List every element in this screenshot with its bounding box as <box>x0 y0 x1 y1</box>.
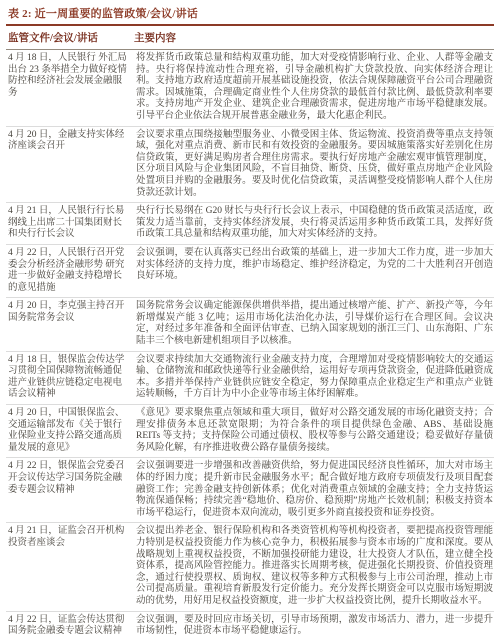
doc-cell: 4 月 22 日，人民银行召开党委会分析经济金融形势 研究进一步做好金融支持稳增… <box>8 248 136 294</box>
content-cell: 央行行长易纲在 G20 财长与央行行长会议上表示，中国稳健的货币政策灵活适度，政… <box>136 206 494 241</box>
content-cell: 国务院常务会议确定能源保供增供举措，提出通过核增产能、扩产、新投产等，今年新增煤… <box>136 301 494 347</box>
doc-cell: 4 月 20 日，金融支持实体经济座谈会召开 <box>8 130 136 200</box>
content-cell: 会议强调，要在认真落实已经出台政策的基础上，进一步加大工作力度，进一步加大对实体… <box>136 248 494 294</box>
table-row: 4 月 22 日，证监会传达贯彻国务院金融委专题会议精神 会议强调，要及时回应市… <box>6 612 494 636</box>
table-row: 4 月 22 日，人民银行召开党委会分析经济金融形势 研究进一步做好金融支持稳增… <box>6 245 494 298</box>
content-cell: 会议要求持续加大交通物流行业金融支持力度，合理增加对受疫情影响较大的交通运输、仓… <box>136 355 494 401</box>
table-row: 4 月 21 日，人民银行行长易纲线上出席二十国集团财长和央行行长会议 央行行长… <box>6 203 494 245</box>
content-cell: 《意见》要求聚焦重点领域和重大项目，做好对公路交通发展的市场化融资支持；合理安排… <box>136 408 494 454</box>
content-cell: 会议强调，要及时回应市场关切，引导市场预期，激发市场活力、潜力，进一步提升市场韧… <box>136 615 494 636</box>
doc-cell: 4 月 20 日，李克强主持召开国务院常务会议 <box>8 301 136 347</box>
table-row: 4 月 20 日，李克强主持召开国务院常务会议 国务院常务会议确定能源保供增供举… <box>6 298 494 351</box>
table-row: 4 月 20 日，金融支持实体经济座谈会召开 会议要求重点围绕接触型服务业、小微… <box>6 127 494 204</box>
report-table-page: 表 2: 近一周重要的监管政策/会议/讲话 监管文件/会议/讲话 主要内容 4 … <box>0 0 500 636</box>
table-header-row: 监管文件/会议/讲话 主要内容 <box>6 26 494 50</box>
doc-cell: 4 月 22 日，银保监会党委召开会议传达学习国务院金融委专题会议精神 <box>8 461 136 519</box>
doc-cell: 4 月 22 日，证监会传达贯彻国务院金融委专题会议精神 <box>8 615 136 636</box>
table-row: 4 月 22 日，银保监会党委召开会议传达学习国务院金融委专题会议精神 会议强调… <box>6 458 494 523</box>
content-cell: 会议强调要进一步增强和改善融资供给，努力促进国民经济良性循环，加大对市场主体的纾… <box>136 461 494 519</box>
doc-cell: 4 月 18 日，人民银行 外汇局出台 23 条举措全力做好疫情防控和经济社会发… <box>8 53 136 123</box>
doc-cell: 4 月 18 日，银保监会传达学习贯彻全国保障物流畅通促进产业链供应链稳定电视电… <box>8 355 136 401</box>
header-doc-column: 监管文件/会议/讲话 <box>8 30 134 45</box>
content-cell: 将发挥货币政策总量和结构双重功能，加大对受疫情影响行业、企业、人群等金融支持。央… <box>136 53 494 123</box>
content-cell: 会议提出养老金、银行保险机构和各类资管机构等机构投资者，要把提高投资管理能力特别… <box>136 526 494 607</box>
header-content-column: 主要内容 <box>134 30 494 45</box>
doc-cell: 4 月 21 日，证监会召开机构投资者座谈会 <box>8 526 136 607</box>
table-row: 4 月 18 日，银保监会传达学习贯彻全国保障物流畅通促进产业链供应链稳定电视电… <box>6 352 494 405</box>
table-row: 4 月 21 日，证监会召开机构投资者座谈会 会议提出养老金、银行保险机构和各类… <box>6 523 494 611</box>
doc-cell: 4 月 21 日，人民银行行长易纲线上出席二十国集团财长和央行行长会议 <box>8 206 136 241</box>
table-title: 表 2: 近一周重要的监管政策/会议/讲话 <box>6 2 494 24</box>
table-row: 4 月 18 日，人民银行 外汇局出台 23 条举措全力做好疫情防控和经济社会发… <box>6 50 494 127</box>
table-row: 4 月 20 日，中国银保监会、交通运输部发布《关于银行业保险业支持公路交通高质… <box>6 405 494 458</box>
doc-cell: 4 月 20 日，中国银保监会、交通运输部发布《关于银行业保险业支持公路交通高质… <box>8 408 136 454</box>
content-cell: 会议要求重点围绕接触型服务业、小微受困主体、货运物流、投资消费等重点支持领域，强… <box>136 130 494 200</box>
